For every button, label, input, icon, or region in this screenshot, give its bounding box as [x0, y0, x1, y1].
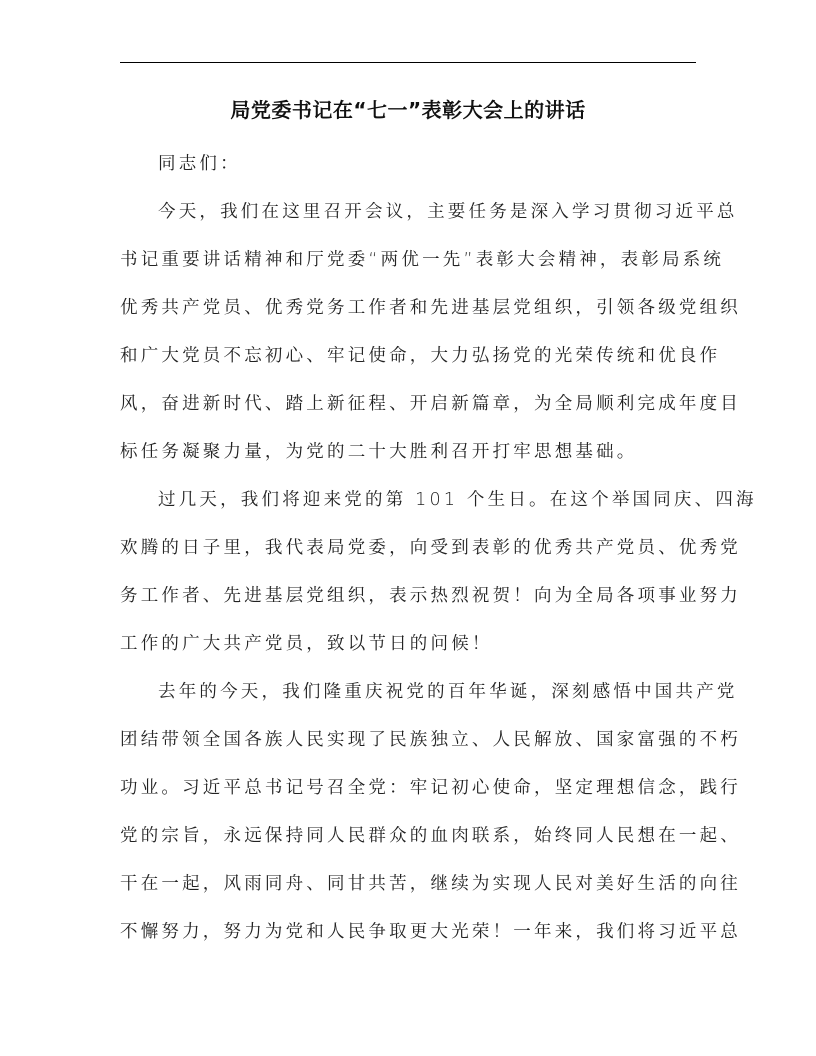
body-line: 今天，我们在这里召开会议，主要任务是深入学习贯彻习近平总	[120, 196, 686, 244]
body-line: 和广大党员不忘初心、牢记使命，大力弘扬党的光荣传统和优良作	[120, 340, 686, 388]
body-line: 优秀共产党员、优秀党务工作者和先进基层党组织，引领各级党组织	[120, 292, 686, 340]
body-line: 去年的今天，我们隆重庆祝党的百年华诞，深刻感悟中国共产党	[120, 676, 686, 724]
body-line: 党的宗旨，永远保持同人民群众的血肉联系，始终同人民想在一起、	[120, 820, 686, 868]
salutation: 同志们：	[120, 148, 686, 196]
body-line: 欢腾的日子里，我代表局党委，向受到表彰的优秀共产党员、优秀党	[120, 532, 686, 580]
body-line: 功业。习近平总书记号召全党：牢记初心使命，坚定理想信念，践行	[120, 772, 686, 820]
body-line: 标任务凝聚力量，为党的二十大胜利召开打牢思想基础。	[120, 436, 686, 484]
body-line: 过几天，我们将迎来党的第 101 个生日。在这个举国同庆、四海	[120, 484, 686, 532]
header-rule	[120, 62, 696, 63]
body-line: 不懈努力，努力为党和人民争取更大光荣！一年来，我们将习近平总	[120, 916, 686, 964]
body-line: 团结带领全国各族人民实现了民族独立、人民解放、国家富强的不朽	[120, 724, 686, 772]
body-line: 书记重要讲话精神和厅党委“两优一先”表彰大会精神，表彰局系统	[120, 244, 686, 292]
document-body: 同志们： 今天，我们在这里召开会议，主要任务是深入学习贯彻习近平总 书记重要讲话…	[120, 148, 686, 964]
body-line: 风，奋进新时代、踏上新征程、开启新篇章，为全局顺利完成年度目	[120, 388, 686, 436]
body-line: 务工作者、先进基层党组织，表示热烈祝贺！向为全局各项事业努力	[120, 580, 686, 628]
body-line: 工作的广大共产党员，致以节日的问候！	[120, 628, 686, 676]
body-line: 干在一起，风雨同舟、同甘共苦，继续为实现人民对美好生活的向往	[120, 868, 686, 916]
document-title: 局党委书记在“七一”表彰大会上的讲话	[120, 94, 696, 126]
